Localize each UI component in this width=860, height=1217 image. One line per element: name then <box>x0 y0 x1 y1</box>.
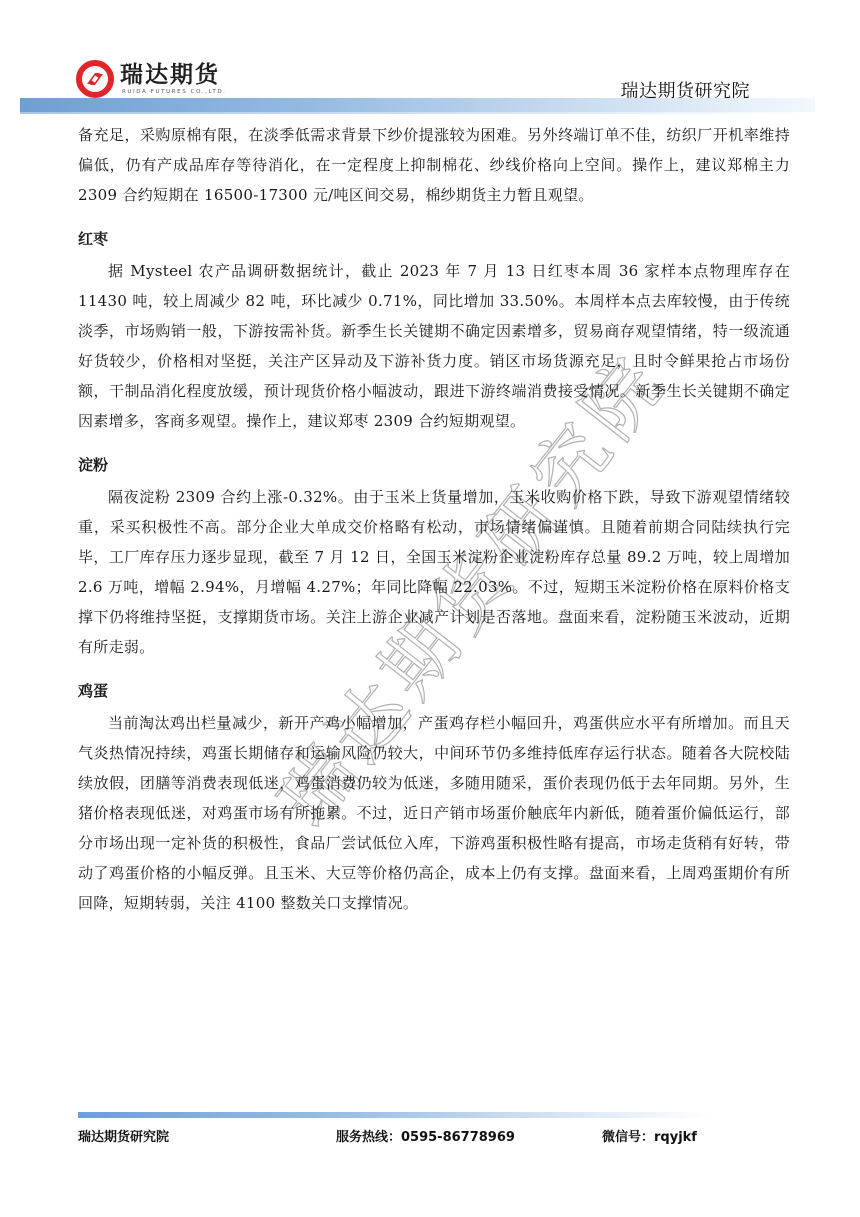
logo-chinese-name: 瑞达期货 <box>120 62 227 88</box>
header-divider-bar <box>20 98 815 112</box>
section-cotton: 备充足，采购原棉有限，在淡季低需求背景下纱价提涨较为困难。另外终端订单不佳，纺织… <box>78 120 790 210</box>
report-body: 备充足，采购原棉有限，在淡季低需求背景下纱价提涨较为困难。另外终端订单不佳，纺织… <box>78 120 790 918</box>
logo-english-name: RUIDA FUTURES CO.,LTD. <box>122 88 227 96</box>
page-header: 瑞达期货 RUIDA FUTURES CO.,LTD. 瑞达期货研究院 <box>0 0 860 115</box>
section-starch: 淀粉 隔夜淀粉 2309 合约上涨-0.32%。由于玉米上货量增加，玉米收购价格… <box>78 450 790 662</box>
footer-divider-bar <box>78 1112 711 1118</box>
section-jujube: 红枣 据 Mysteel 农产品调研数据统计，截止 2023 年 7 月 13 … <box>78 224 790 436</box>
section-egg: 鸡蛋 当前淘汰鸡出栏量减少，新开产鸡小幅增加，产蛋鸡存栏小幅回升，鸡蛋供应水平有… <box>78 676 790 918</box>
company-logo: 瑞达期货 RUIDA FUTURES CO.,LTD. <box>76 60 227 98</box>
section-title-jujube: 红枣 <box>78 224 790 254</box>
section-title-egg: 鸡蛋 <box>78 676 790 706</box>
paragraph-jujube: 据 Mysteel 农产品调研数据统计，截止 2023 年 7 月 13 日红枣… <box>78 256 790 436</box>
paragraph-egg: 当前淘汰鸡出栏量减少，新开产鸡小幅增加，产蛋鸡存栏小幅回升，鸡蛋供应水平有所增加… <box>78 708 790 918</box>
footer-hotline: 服务热线：0595-86778969 <box>336 1126 515 1145</box>
paragraph-starch: 隔夜淀粉 2309 合约上涨-0.32%。由于玉米上货量增加，玉米收购价格下跌，… <box>78 482 790 662</box>
footer-institute: 瑞达期货研究院 <box>78 1126 169 1145</box>
header-divider-line <box>20 112 815 114</box>
ruida-logo-icon <box>76 60 114 98</box>
footer-wechat: 微信号：rqyjkf <box>602 1126 697 1145</box>
section-title-starch: 淀粉 <box>78 450 790 480</box>
paragraph-cotton-continued: 备充足，采购原棉有限，在淡季低需求背景下纱价提涨较为困难。另外终端订单不佳，纺织… <box>78 120 790 210</box>
